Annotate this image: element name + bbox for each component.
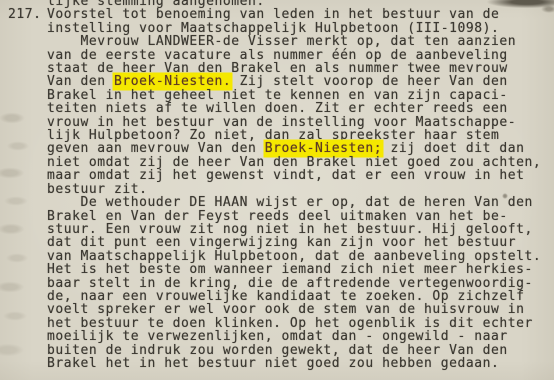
text-line: geven aan mevrouw Van den Broek-Niesten;… <box>47 142 552 155</box>
text-line: Mevrouw LANDWEER-de Visser merkt op, dat… <box>47 35 552 48</box>
text-line: bestuur zit. <box>47 183 552 196</box>
text-line: Brakel en Van der Feyst reeds deel uitma… <box>47 210 552 223</box>
text-line: teiten niets af te willen doen. Zit er e… <box>47 102 552 115</box>
text-line: De wethouder DE HAAN wijst er op, dat de… <box>47 196 552 209</box>
text-line: Van den Broek-Niesten. Zij stelt voorop … <box>47 75 552 88</box>
text-line: de, naar een vrouwelijke kandidaat te zo… <box>47 290 552 303</box>
agenda-item-number: 217. <box>8 8 42 21</box>
text-line: Brakel in het geheel niet te kennen en v… <box>47 89 552 102</box>
text-line: van Maatschappelijk Hulpbetoon, dat de a… <box>47 250 552 263</box>
document-text: lijke stemming aangenomen.Voorstel tot b… <box>47 0 552 370</box>
text-line: stuur. Een vrouw zit nog niet in het bes… <box>47 223 552 236</box>
text-line: Voorstel tot benoeming van leden in het … <box>47 8 552 21</box>
scanned-document-page: 217. lijke stemming aangenomen.Voorstel … <box>0 0 554 380</box>
text-line: vrouw in het bestuur van de instelling v… <box>47 116 552 129</box>
text-line: het bestuur te doen klinken. Op het ogen… <box>47 317 552 330</box>
text-line: maar omdat zij het gewenst vindt, dat er… <box>47 169 552 182</box>
text-line: baar stelt in de kring, die de aftredend… <box>47 277 552 290</box>
text-line: van de eerste vacature als nummer één op… <box>47 49 552 62</box>
text-line: buiten de indruk zou worden gewekt, dat … <box>47 344 552 357</box>
text-line: instelling voor Maatschappelijk Hulpbeto… <box>47 22 552 35</box>
text-line: niet omdat zij de heer Van den Brakel ni… <box>47 156 552 169</box>
text-line: moeilijk te verwezenlijken, omdat dan - … <box>47 330 552 343</box>
text-line: Brakel het in het bestuur niet goed zou … <box>47 357 552 370</box>
text-line: dat dit punt een vingerwijzing kan zijn … <box>47 236 552 249</box>
text-line: voelt spreker er wel voor ook de stem va… <box>47 303 552 316</box>
text-line: Het is het beste om wanneer iemand zich … <box>47 263 552 276</box>
